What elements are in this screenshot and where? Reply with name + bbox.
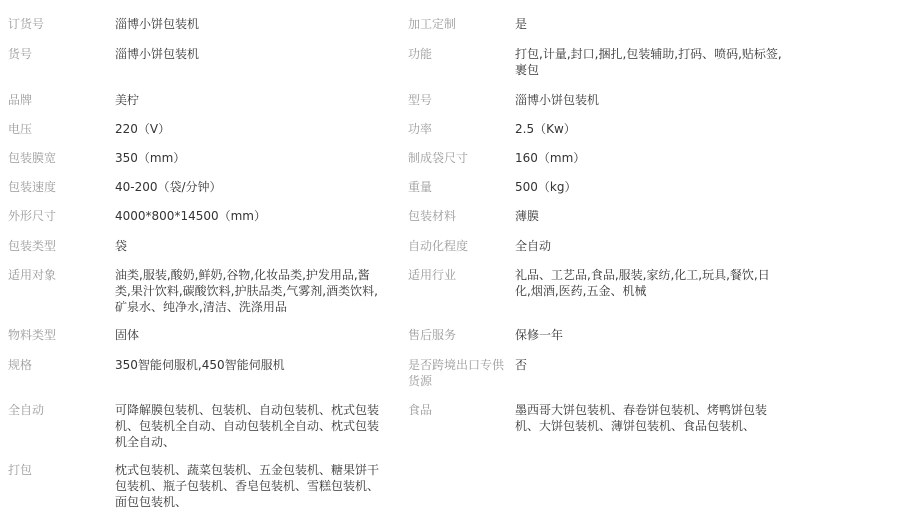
spec-label: 物料类型 xyxy=(0,327,115,343)
spec-row: 包装类型 袋 自动化程度 全自动 xyxy=(0,238,800,254)
spec-value: 薄膜 xyxy=(515,208,785,224)
spec-value: 淄博小饼包装机 xyxy=(115,46,385,78)
spec-pair-model: 型号 淄博小饼包装机 xyxy=(400,92,800,108)
spec-value: 袋 xyxy=(115,238,385,254)
spec-label: 包装速度 xyxy=(0,179,115,195)
spec-pair-customization: 加工定制 是 xyxy=(400,16,800,32)
spec-value: 4000*800*14500（mm） xyxy=(115,208,385,224)
spec-label: 包装材料 xyxy=(400,208,515,224)
spec-pair-material: 包装材料 薄膜 xyxy=(400,208,800,224)
spec-value: 美柠 xyxy=(115,92,385,108)
spec-row: 规格 350智能伺服机,450智能伺服机 是否跨境出口专供货源 否 xyxy=(0,357,800,389)
spec-value: 350（mm） xyxy=(115,150,385,166)
spec-pair-food: 食品 墨西哥大饼包装机、春卷饼包装机、烤鸭饼包装机、大饼包装机、薄饼包装机、食品… xyxy=(400,402,800,450)
spec-value: 500（kg） xyxy=(515,179,785,195)
spec-row: 物料类型 固体 售后服务 保修一年 xyxy=(0,327,800,343)
spec-value: 是 xyxy=(515,16,785,32)
spec-pair-package-type: 包装类型 袋 xyxy=(0,238,400,254)
spec-value: 全自动 xyxy=(515,238,785,254)
spec-label: 适用对象 xyxy=(0,267,115,315)
spec-row: 适用对象 油类,服装,酸奶,鲜奶,谷物,化妆品类,护发用品,酱类,果汁饮料,碳酸… xyxy=(0,267,800,315)
spec-pair-applicable-objects: 适用对象 油类,服装,酸奶,鲜奶,谷物,化妆品类,护发用品,酱类,果汁饮料,碳酸… xyxy=(0,267,400,315)
spec-label: 规格 xyxy=(0,357,115,389)
spec-pair-voltage: 电压 220（V） xyxy=(0,121,400,137)
spec-pair-order-number: 订货号 淄博小饼包装机 xyxy=(0,16,400,32)
spec-pair-item-number: 货号 淄博小饼包装机 xyxy=(0,46,400,78)
spec-value: 否 xyxy=(515,357,785,389)
spec-label: 打包 xyxy=(0,462,115,510)
spec-pair-brand: 品牌 美柠 xyxy=(0,92,400,108)
spec-value: 固体 xyxy=(115,327,385,343)
spec-row: 包装膜宽 350（mm） 制成袋尺寸 160（mm） xyxy=(0,150,800,166)
spec-label: 功率 xyxy=(400,121,515,137)
spec-row: 全自动 可降解膜包装机、包装机、自动包装机、枕式包装机、包装机全自动、自动包装机… xyxy=(0,402,800,450)
spec-value: 保修一年 xyxy=(515,327,785,343)
spec-value: 40-200（袋/分钟） xyxy=(115,179,385,195)
spec-pair-empty xyxy=(400,462,800,510)
spec-pair-industries: 适用行业 礼品、工艺品,食品,服装,家纺,化工,玩具,餐饮,日化,烟酒,医药,五… xyxy=(400,267,800,315)
spec-value xyxy=(515,462,785,510)
spec-pair-weight: 重量 500（kg） xyxy=(400,179,800,195)
spec-value: 220（V） xyxy=(115,121,385,137)
spec-pair-power: 功率 2.5（Kw） xyxy=(400,121,800,137)
spec-label: 售后服务 xyxy=(400,327,515,343)
spec-pair-specification: 规格 350智能伺服机,450智能伺服机 xyxy=(0,357,400,389)
spec-label: 外形尺寸 xyxy=(0,208,115,224)
spec-label: 订货号 xyxy=(0,16,115,32)
spec-value: 2.5（Kw） xyxy=(515,121,785,137)
spec-label: 包装膜宽 xyxy=(0,150,115,166)
spec-row: 货号 淄博小饼包装机 功能 打包,计量,封口,捆扎,包装辅助,打码、喷码,贴标签… xyxy=(0,46,800,78)
spec-label: 自动化程度 xyxy=(400,238,515,254)
spec-label: 全自动 xyxy=(0,402,115,450)
spec-label: 制成袋尺寸 xyxy=(400,150,515,166)
spec-pair-cross-border: 是否跨境出口专供货源 否 xyxy=(400,357,800,389)
spec-row: 外形尺寸 4000*800*14500（mm） 包装材料 薄膜 xyxy=(0,208,800,224)
spec-row: 订货号 淄博小饼包装机 加工定制 是 xyxy=(0,16,800,32)
spec-value: 淄博小饼包装机 xyxy=(515,92,785,108)
spec-pair-film-width: 包装膜宽 350（mm） xyxy=(0,150,400,166)
spec-value: 枕式包装机、蔬菜包装机、五金包装机、糖果饼干包装机、瓶子包装机、香皂包装机、雪糕… xyxy=(115,462,385,510)
spec-label: 型号 xyxy=(400,92,515,108)
spec-label: 重量 xyxy=(400,179,515,195)
spec-value: 墨西哥大饼包装机、春卷饼包装机、烤鸭饼包装机、大饼包装机、薄饼包装机、食品包装机… xyxy=(515,402,785,450)
spec-row: 打包 枕式包装机、蔬菜包装机、五金包装机、糖果饼干包装机、瓶子包装机、香皂包装机… xyxy=(0,462,800,510)
spec-row: 电压 220（V） 功率 2.5（Kw） xyxy=(0,121,800,137)
spec-pair-automation: 自动化程度 全自动 xyxy=(400,238,800,254)
spec-pair-dimensions: 外形尺寸 4000*800*14500（mm） xyxy=(0,208,400,224)
spec-pair-fully-automatic: 全自动 可降解膜包装机、包装机、自动包装机、枕式包装机、包装机全自动、自动包装机… xyxy=(0,402,400,450)
spec-label xyxy=(400,462,515,510)
spec-label: 是否跨境出口专供货源 xyxy=(400,357,515,389)
spec-label: 适用行业 xyxy=(400,267,515,315)
spec-pair-function: 功能 打包,计量,封口,捆扎,包装辅助,打码、喷码,贴标签,裹包 xyxy=(400,46,800,78)
spec-label: 食品 xyxy=(400,402,515,450)
spec-row: 包装速度 40-200（袋/分钟） 重量 500（kg） xyxy=(0,179,800,195)
spec-label: 电压 xyxy=(0,121,115,137)
spec-pair-material-type: 物料类型 固体 xyxy=(0,327,400,343)
spec-value: 350智能伺服机,450智能伺服机 xyxy=(115,357,385,389)
spec-pair-packing-speed: 包装速度 40-200（袋/分钟） xyxy=(0,179,400,195)
spec-value: 淄博小饼包装机 xyxy=(115,16,385,32)
spec-value: 可降解膜包装机、包装机、自动包装机、枕式包装机、包装机全自动、自动包装机全自动、… xyxy=(115,402,385,450)
spec-label: 品牌 xyxy=(0,92,115,108)
spec-row: 品牌 美柠 型号 淄博小饼包装机 xyxy=(0,92,800,108)
spec-value: 油类,服装,酸奶,鲜奶,谷物,化妆品类,护发用品,酱类,果汁饮料,碳酸饮料,护肤… xyxy=(115,267,385,315)
spec-value: 礼品、工艺品,食品,服装,家纺,化工,玩具,餐饮,日化,烟酒,医药,五金、机械 xyxy=(515,267,785,315)
spec-pair-bag-size: 制成袋尺寸 160（mm） xyxy=(400,150,800,166)
spec-value: 打包,计量,封口,捆扎,包装辅助,打码、喷码,贴标签,裹包 xyxy=(515,46,785,78)
spec-label: 加工定制 xyxy=(400,16,515,32)
spec-value: 160（mm） xyxy=(515,150,785,166)
spec-pair-after-sales: 售后服务 保修一年 xyxy=(400,327,800,343)
spec-label: 货号 xyxy=(0,46,115,78)
spec-label: 包装类型 xyxy=(0,238,115,254)
spec-label: 功能 xyxy=(400,46,515,78)
spec-pair-packing: 打包 枕式包装机、蔬菜包装机、五金包装机、糖果饼干包装机、瓶子包装机、香皂包装机… xyxy=(0,462,400,510)
